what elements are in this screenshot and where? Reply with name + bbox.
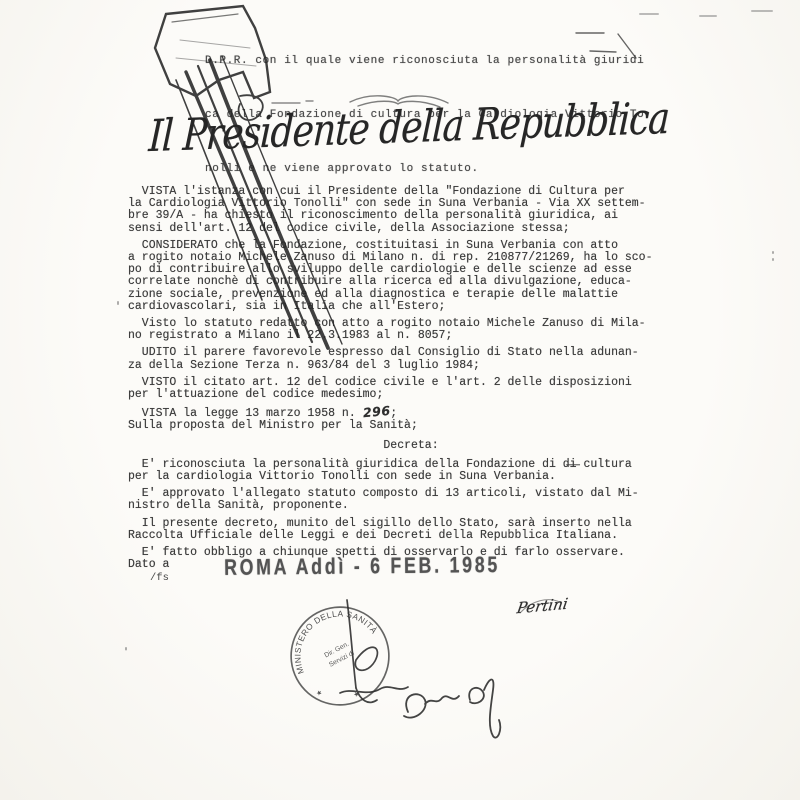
paragraph: UDITO il parere favorevole espresso dal … [128,347,694,371]
president-signature: Pertini [516,595,569,618]
star-icon: ★ [314,686,324,699]
paragraph: Decreta: [128,440,694,452]
paragraph: VISTA l'istanza con cui il Presidente de… [128,186,694,235]
header-note-line: nolli e ne viene approvato lo statuto. [205,160,644,178]
handwritten-law-number: 296 [362,405,391,420]
typist-initials: /fs [150,572,169,584]
scanned-decree-page: D.P.R. con il quale viene riconosciuta l… [0,0,800,800]
paragraph: VISTO il citato art. 12 del codice civil… [128,377,694,401]
paragraph: VISTA la legge 13 marzo 1958 n. 296; Sul… [128,406,694,432]
ministry-seal: MINISTERO DELLA SANITÀ Dir. Gen. Servizi… [288,604,392,708]
paragraph: E' riconosciuta la personalità giuridica… [128,459,694,483]
toner-dashes [640,11,772,16]
paragraph: Visto lo statuto redatto con atto a rogi… [128,318,694,342]
paragraph: Il presente decreto, munito del sigillo … [128,518,694,542]
header-note-line: D.P.R. con il quale viene riconosciuta l… [205,52,644,70]
paragraph: E' approvato l'allegato statuto composto… [128,488,694,512]
decree-body: VISTA l'istanza con cui il Presidente de… [128,186,694,576]
star-icon: ★ [351,688,361,701]
paragraph: CONSIDERATO che la Fondazione, costituit… [128,240,694,313]
minister-signature [404,680,500,738]
date-stamp: ROMA Addì - 6 FEB. 1985 [224,553,500,582]
